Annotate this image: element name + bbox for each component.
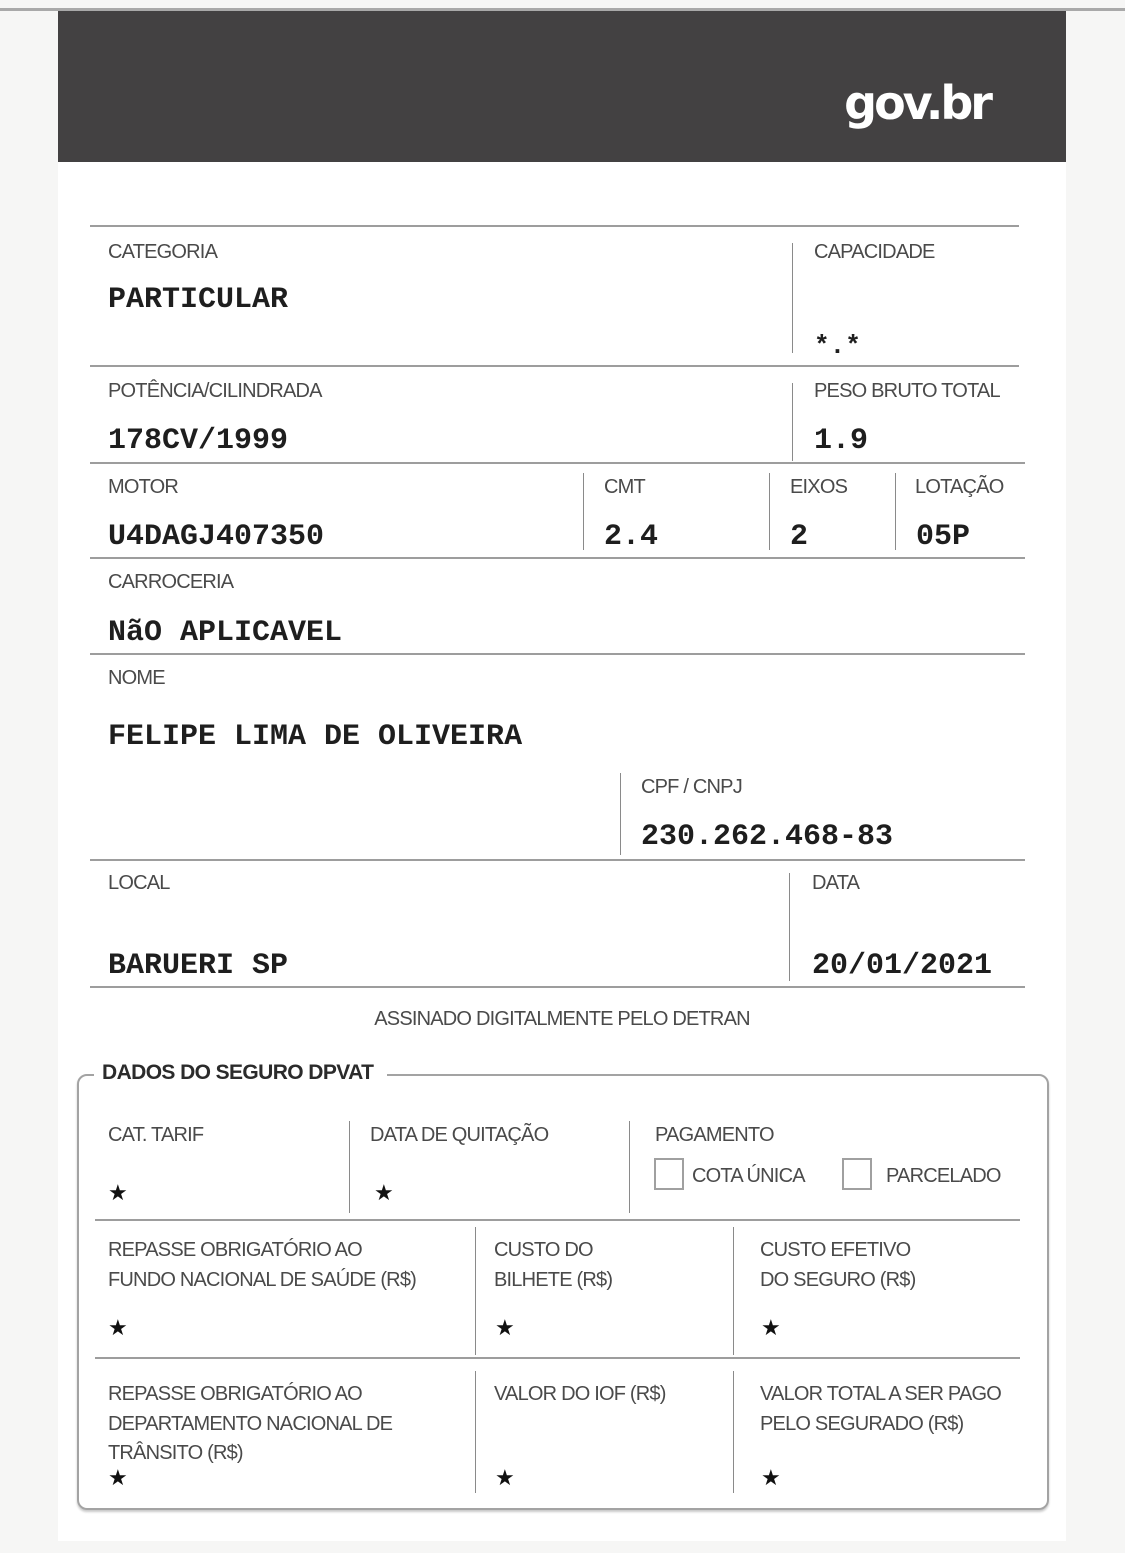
divider <box>629 1121 630 1213</box>
divider <box>792 383 793 461</box>
divider <box>90 653 1025 655</box>
pagamento-label: PAGAMENTO <box>655 1120 774 1150</box>
custo-efetivo-value: ★ <box>761 1316 781 1341</box>
motor-value: U4DAGJ407350 <box>108 520 324 554</box>
dpvat-title: DADOS DO SEGURO DPVAT <box>94 1058 387 1088</box>
divider <box>95 1219 1020 1221</box>
cat-tarif-value: ★ <box>108 1181 128 1206</box>
local-value: BARUERI SP <box>108 949 288 983</box>
divider <box>620 773 621 855</box>
divider <box>789 873 790 981</box>
parcelado-checkbox[interactable] <box>842 1158 872 1190</box>
repasse-denatran-label-1: REPASSE OBRIGATÓRIO AO <box>108 1379 362 1409</box>
cat-tarif-label: CAT. TARIF <box>108 1120 203 1150</box>
custo-bilhete-label-1: CUSTO DO <box>494 1235 593 1265</box>
cmt-value: 2.4 <box>604 520 658 554</box>
divider <box>349 1121 350 1213</box>
repasse-fns-label-1: REPASSE OBRIGATÓRIO AO <box>108 1235 362 1265</box>
divider <box>90 986 1025 988</box>
valor-iof-label: VALOR DO IOF (R$) <box>494 1379 666 1409</box>
potencia-label: POTÊNCIA/CILINDRADA <box>108 376 322 406</box>
repasse-fns-value: ★ <box>108 1316 128 1341</box>
cmt-label: CMT <box>604 472 645 502</box>
categoria-value: PARTICULAR <box>108 283 288 317</box>
divider <box>769 473 770 550</box>
divider <box>792 243 793 353</box>
capacidade-value: *.* <box>814 329 861 363</box>
valor-total-value: ★ <box>761 1466 781 1491</box>
divider <box>95 1357 1020 1359</box>
divider <box>733 1371 734 1493</box>
divider <box>733 1227 734 1355</box>
parcelado-label: PARCELADO <box>886 1161 1001 1191</box>
peso-label: PESO BRUTO TOTAL <box>814 376 1000 406</box>
document-page: gov.br CATEGORIA PARTICULAR CAPACIDADE *… <box>58 11 1066 1541</box>
data-quitacao-label: DATA DE QUITAÇÃO <box>370 1120 548 1150</box>
divider <box>90 462 1025 464</box>
repasse-denatran-label-3: TRÂNSITO (R$) <box>108 1438 243 1468</box>
nome-label: NOME <box>108 663 165 693</box>
divider <box>475 1227 476 1355</box>
repasse-denatran-value: ★ <box>108 1466 128 1491</box>
digital-signature-note: ASSINADO DIGITALMENTE PELO DETRAN <box>58 1008 1066 1031</box>
categoria-label: CATEGORIA <box>108 237 217 267</box>
cpf-value: 230.262.468-83 <box>641 820 893 854</box>
capacidade-label: CAPACIDADE <box>814 237 935 267</box>
potencia-value: 178CV/1999 <box>108 424 288 458</box>
nome-value: FELIPE LIMA DE OLIVEIRA <box>108 720 522 754</box>
divider <box>90 225 1019 227</box>
data-label: DATA <box>812 868 859 898</box>
data-value: 20/01/2021 <box>812 949 992 983</box>
lotacao-label: LOTAÇÃO <box>915 472 1004 502</box>
repasse-fns-label-2: FUNDO NACIONAL DE SAÚDE (R$) <box>108 1265 416 1295</box>
valor-total-label-1: VALOR TOTAL A SER PAGO <box>760 1379 1001 1409</box>
custo-bilhete-label-2: BILHETE (R$) <box>494 1265 612 1295</box>
header-bar: gov.br <box>58 11 1066 162</box>
divider <box>475 1371 476 1493</box>
carroceria-value: NãO APLICAVEL <box>108 616 342 650</box>
repasse-denatran-label-2: DEPARTAMENTO NACIONAL DE <box>108 1409 392 1439</box>
custo-efetivo-label-1: CUSTO EFETIVO <box>760 1235 910 1265</box>
cota-unica-checkbox[interactable] <box>654 1158 684 1190</box>
valor-total-label-2: PELO SEGURADO (R$) <box>760 1409 963 1439</box>
data-quitacao-value: ★ <box>374 1181 394 1206</box>
divider <box>895 473 896 550</box>
cpf-label: CPF / CNPJ <box>641 772 742 802</box>
local-label: LOCAL <box>108 868 170 898</box>
eixos-label: EIXOS <box>790 472 847 502</box>
lotacao-value: 05P <box>916 520 970 554</box>
valor-iof-value: ★ <box>495 1466 515 1491</box>
carroceria-label: CARROCERIA <box>108 567 233 597</box>
govbr-logo: gov.br <box>844 79 990 127</box>
cota-unica-label: COTA ÚNICA <box>692 1161 805 1191</box>
divider <box>583 473 584 550</box>
peso-value: 1.9 <box>814 424 868 458</box>
divider <box>90 859 1025 861</box>
custo-efetivo-label-2: DO SEGURO (R$) <box>760 1265 915 1295</box>
divider <box>90 557 1025 559</box>
divider <box>90 365 1019 367</box>
eixos-value: 2 <box>790 520 808 554</box>
custo-bilhete-value: ★ <box>495 1316 515 1341</box>
motor-label: MOTOR <box>108 472 178 502</box>
